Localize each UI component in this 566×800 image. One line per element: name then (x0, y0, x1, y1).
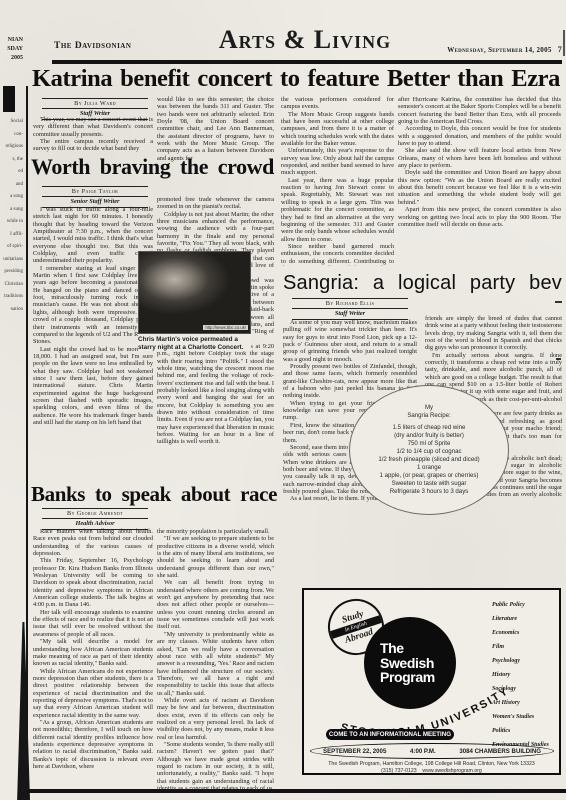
paragraph: presiding (0, 266, 23, 279)
page-number: 7 (558, 45, 562, 54)
paragraph: 750 ml of Sprite (408, 440, 451, 448)
paragraph: Doyle said the committee and Union Board… (398, 169, 561, 206)
paragraph: Sweeten to taste with sugar (392, 480, 467, 488)
paragraph: friends are simply the breed of dudes th… (425, 315, 562, 352)
paragraph: a song (0, 191, 23, 204)
banks-column-1: Race matters when talking about health. … (33, 528, 153, 790)
paragraph: We can all benefit from trying to unders… (157, 579, 274, 630)
paragraph: Women's Studies (492, 714, 558, 721)
paragraph: a sung (0, 204, 23, 217)
sangria-recipe-circle: MySangria Recipe:1.5 liters of cheap red… (349, 385, 509, 515)
paragraph: would like to see this semester; the cho… (157, 96, 274, 162)
paragraph: "My university is predominantly white as… (157, 631, 274, 697)
coldplay-column-1: I was stuck in traffic along a four-mile… (33, 206, 153, 486)
meeting-location: 3084 CHAMBERS BUILDING (459, 748, 541, 755)
paragraph: 1 apple, (or pear, grapes or cherries) (380, 472, 479, 480)
paragraph: History (492, 672, 558, 679)
paragraph: Art History (492, 700, 558, 707)
paragraph: She also said the show will feature loca… (398, 147, 561, 169)
meeting-date: SEPTEMBER 22, 2005 (323, 748, 386, 755)
logo-word: Swedish (380, 656, 456, 671)
photo-credit-watermark: http://news.bbc.co.uk/ (203, 325, 248, 331)
paragraph: Sociology (492, 686, 558, 693)
paragraph: As some of you may well know, machoism m… (283, 319, 417, 363)
paragraph: "My talk will describe a model for under… (33, 638, 153, 667)
margin-mark (563, 30, 565, 56)
paragraph: 1/2 to 1/4 cup of cognac (396, 448, 461, 456)
paragraph: "If we are seeking to prepare students t… (157, 535, 274, 579)
logo-word: The (380, 641, 456, 656)
paragraph: promoted free trade whenever the camera … (157, 196, 274, 211)
meeting-time: 4:00 P.M. (410, 748, 436, 755)
byline-coldplay: By Paige Taylor Senior Staff Writer (42, 186, 148, 208)
paragraph: Christian (0, 279, 23, 292)
paragraph: con- (0, 129, 23, 142)
paragraph: My (425, 404, 433, 412)
paragraph: Unfortunately, this year's response to t… (281, 147, 394, 176)
byline-author: By Paige Taylor (42, 187, 148, 197)
byline-author: By Richard Ellis (292, 299, 408, 309)
ad-meeting-oval: SEPTEMBER 22, 2005 4:00 P.M. 3084 CHAMBE… (310, 743, 554, 759)
masthead-rule (52, 60, 562, 64)
paragraph: ed (0, 166, 23, 179)
adjacent-page-fragments: NIANSDAY2005 (0, 36, 23, 63)
paragraph: nation (0, 304, 23, 317)
headline-banks-talk: Banks to speak about race (31, 483, 277, 506)
banks-column-2: the minority population is particularly … (157, 528, 274, 790)
katrina-column-2: would like to see this semester; the cho… (157, 96, 274, 162)
paragraph: "Some students wonder, 'Is there really … (157, 741, 274, 790)
paragraph: I remember staring at lead singer Chris … (33, 265, 153, 346)
paragraph: I affli- (0, 229, 23, 242)
paragraph: Social (0, 116, 23, 129)
paragraph: after Hurricane Katrina, the committee h… (398, 96, 561, 125)
paragraph: Last year, there was a huge popular reac… (281, 177, 394, 243)
paragraph: SDAY (0, 45, 23, 54)
paragraph: 1.5 liters of cheap red wine (393, 424, 466, 432)
paragraph: 1/2 fresh pineapple (sliced and diced) (378, 456, 479, 464)
byline-sangria: By Richard Ellis Staff Writer (292, 298, 408, 320)
paragraph: Film (492, 644, 558, 651)
paragraph: "As a group, African American students a… (33, 719, 153, 770)
paragraph: Apart from this new project, the concert… (398, 206, 561, 228)
paragraph: Race matters when talking about health. … (33, 528, 153, 557)
logo-word: Program (380, 670, 456, 685)
paragraph: We ended up getting to our seats at 9:20… (157, 343, 274, 446)
paragraph: the minority population is particularly … (157, 528, 274, 535)
paragraph: and (0, 179, 23, 192)
ad-subjects-list: Public PolicyLiteratureEconomicsFilmPsyc… (492, 602, 558, 756)
paragraph: (dry and/or fruity is better) (394, 432, 464, 440)
paragraph: Politics (492, 728, 558, 735)
paragraph: while in (0, 216, 23, 229)
paragraph: Psychology (492, 658, 558, 665)
byline-author: By George Ambendt (42, 509, 148, 519)
chris-martin-figure: http://news.bbc.co.uk/ Chris Martin's vo… (138, 251, 251, 351)
paragraph: unitarians (0, 254, 23, 267)
paragraph: This Friday, September 16, Psychology pr… (33, 557, 153, 608)
section-title: Arts & Living (175, 25, 435, 55)
paragraph: religious (0, 141, 23, 154)
chris-martin-photo: http://news.bbc.co.uk/ (138, 251, 251, 334)
margin-mark (555, 301, 562, 303)
paragraph: Last night the crowd had to be more than… (33, 346, 153, 427)
headline-sangria: Sangria: a logical party bev (283, 272, 562, 295)
paragraph: Literature (492, 616, 558, 623)
date-text: Wednesday, September 14, 2005 (447, 46, 551, 54)
paragraph: 2005 (0, 54, 23, 63)
swedish-program-ad: Study In English Abroad The Swedish Prog… (302, 588, 561, 775)
paragraph: NIAN (0, 36, 23, 45)
paragraph: While African Americans do not experienc… (33, 668, 153, 719)
katrina-column-3: the various performers considered for ca… (281, 96, 394, 266)
ad-phone: (315) 737-0123 (381, 768, 416, 774)
paragraph: traditions (0, 291, 23, 304)
paragraph: 1 orange (417, 464, 441, 472)
byline-author: By Julia Ward (42, 99, 148, 109)
katrina-column-4: after Hurricane Katrina, the committee h… (398, 96, 561, 266)
headline-katrina-concert: Katrina benefit concert to feature Bette… (32, 66, 560, 92)
paragraph: Economics (492, 630, 558, 637)
paragraph: Since neither band garnered much enthusi… (281, 243, 394, 266)
masthead-date: Wednesday, September 14, 20057 (405, 45, 562, 54)
scan-ink-block (3, 86, 15, 112)
adjacent-page-text-fragments: Socialcon-religiouss, theedanda songa su… (0, 116, 23, 316)
paragraph: the various performers considered for ca… (281, 96, 394, 111)
byline-banks: By George Ambendt Health Advisor (42, 508, 148, 530)
paragraph: The entire campus recently received a su… (33, 138, 153, 153)
ad-website: www.swedishprogram.org (422, 768, 481, 774)
photo-caption: Chris Martin's voice permeated a starry … (138, 334, 251, 351)
paragraph: The More Music Group suggests bands that… (281, 111, 394, 148)
ad-meeting-banner: COME TO AN INFORMATIONAL MEETING (326, 729, 454, 740)
ad-address-block: The Swedish Program, Hamilton College, 1… (304, 761, 559, 774)
paragraph: s, the (0, 154, 23, 167)
paragraph: According to Doyle, this concert would b… (398, 125, 561, 147)
paragraph: Sangria Recipe: (407, 412, 450, 420)
paragraph: While overt acts of racism at Davidson m… (157, 697, 274, 741)
paragraph: of spiri- (0, 241, 23, 254)
paragraph: Her talk will encourage students to exam… (33, 609, 153, 638)
paragraph: Public Policy (492, 602, 558, 609)
paragraph: Refrigerate 3 hours to 3 days (390, 488, 469, 496)
newspaper-page: { "masthead": { "paper_name": "The David… (0, 0, 566, 800)
paragraph: This year, we may see a concert event th… (33, 116, 153, 138)
paragraph: I was stuck in traffic along a four-mile… (33, 206, 153, 265)
headline-coldplay-review: Worth braving the crowd (31, 155, 274, 179)
